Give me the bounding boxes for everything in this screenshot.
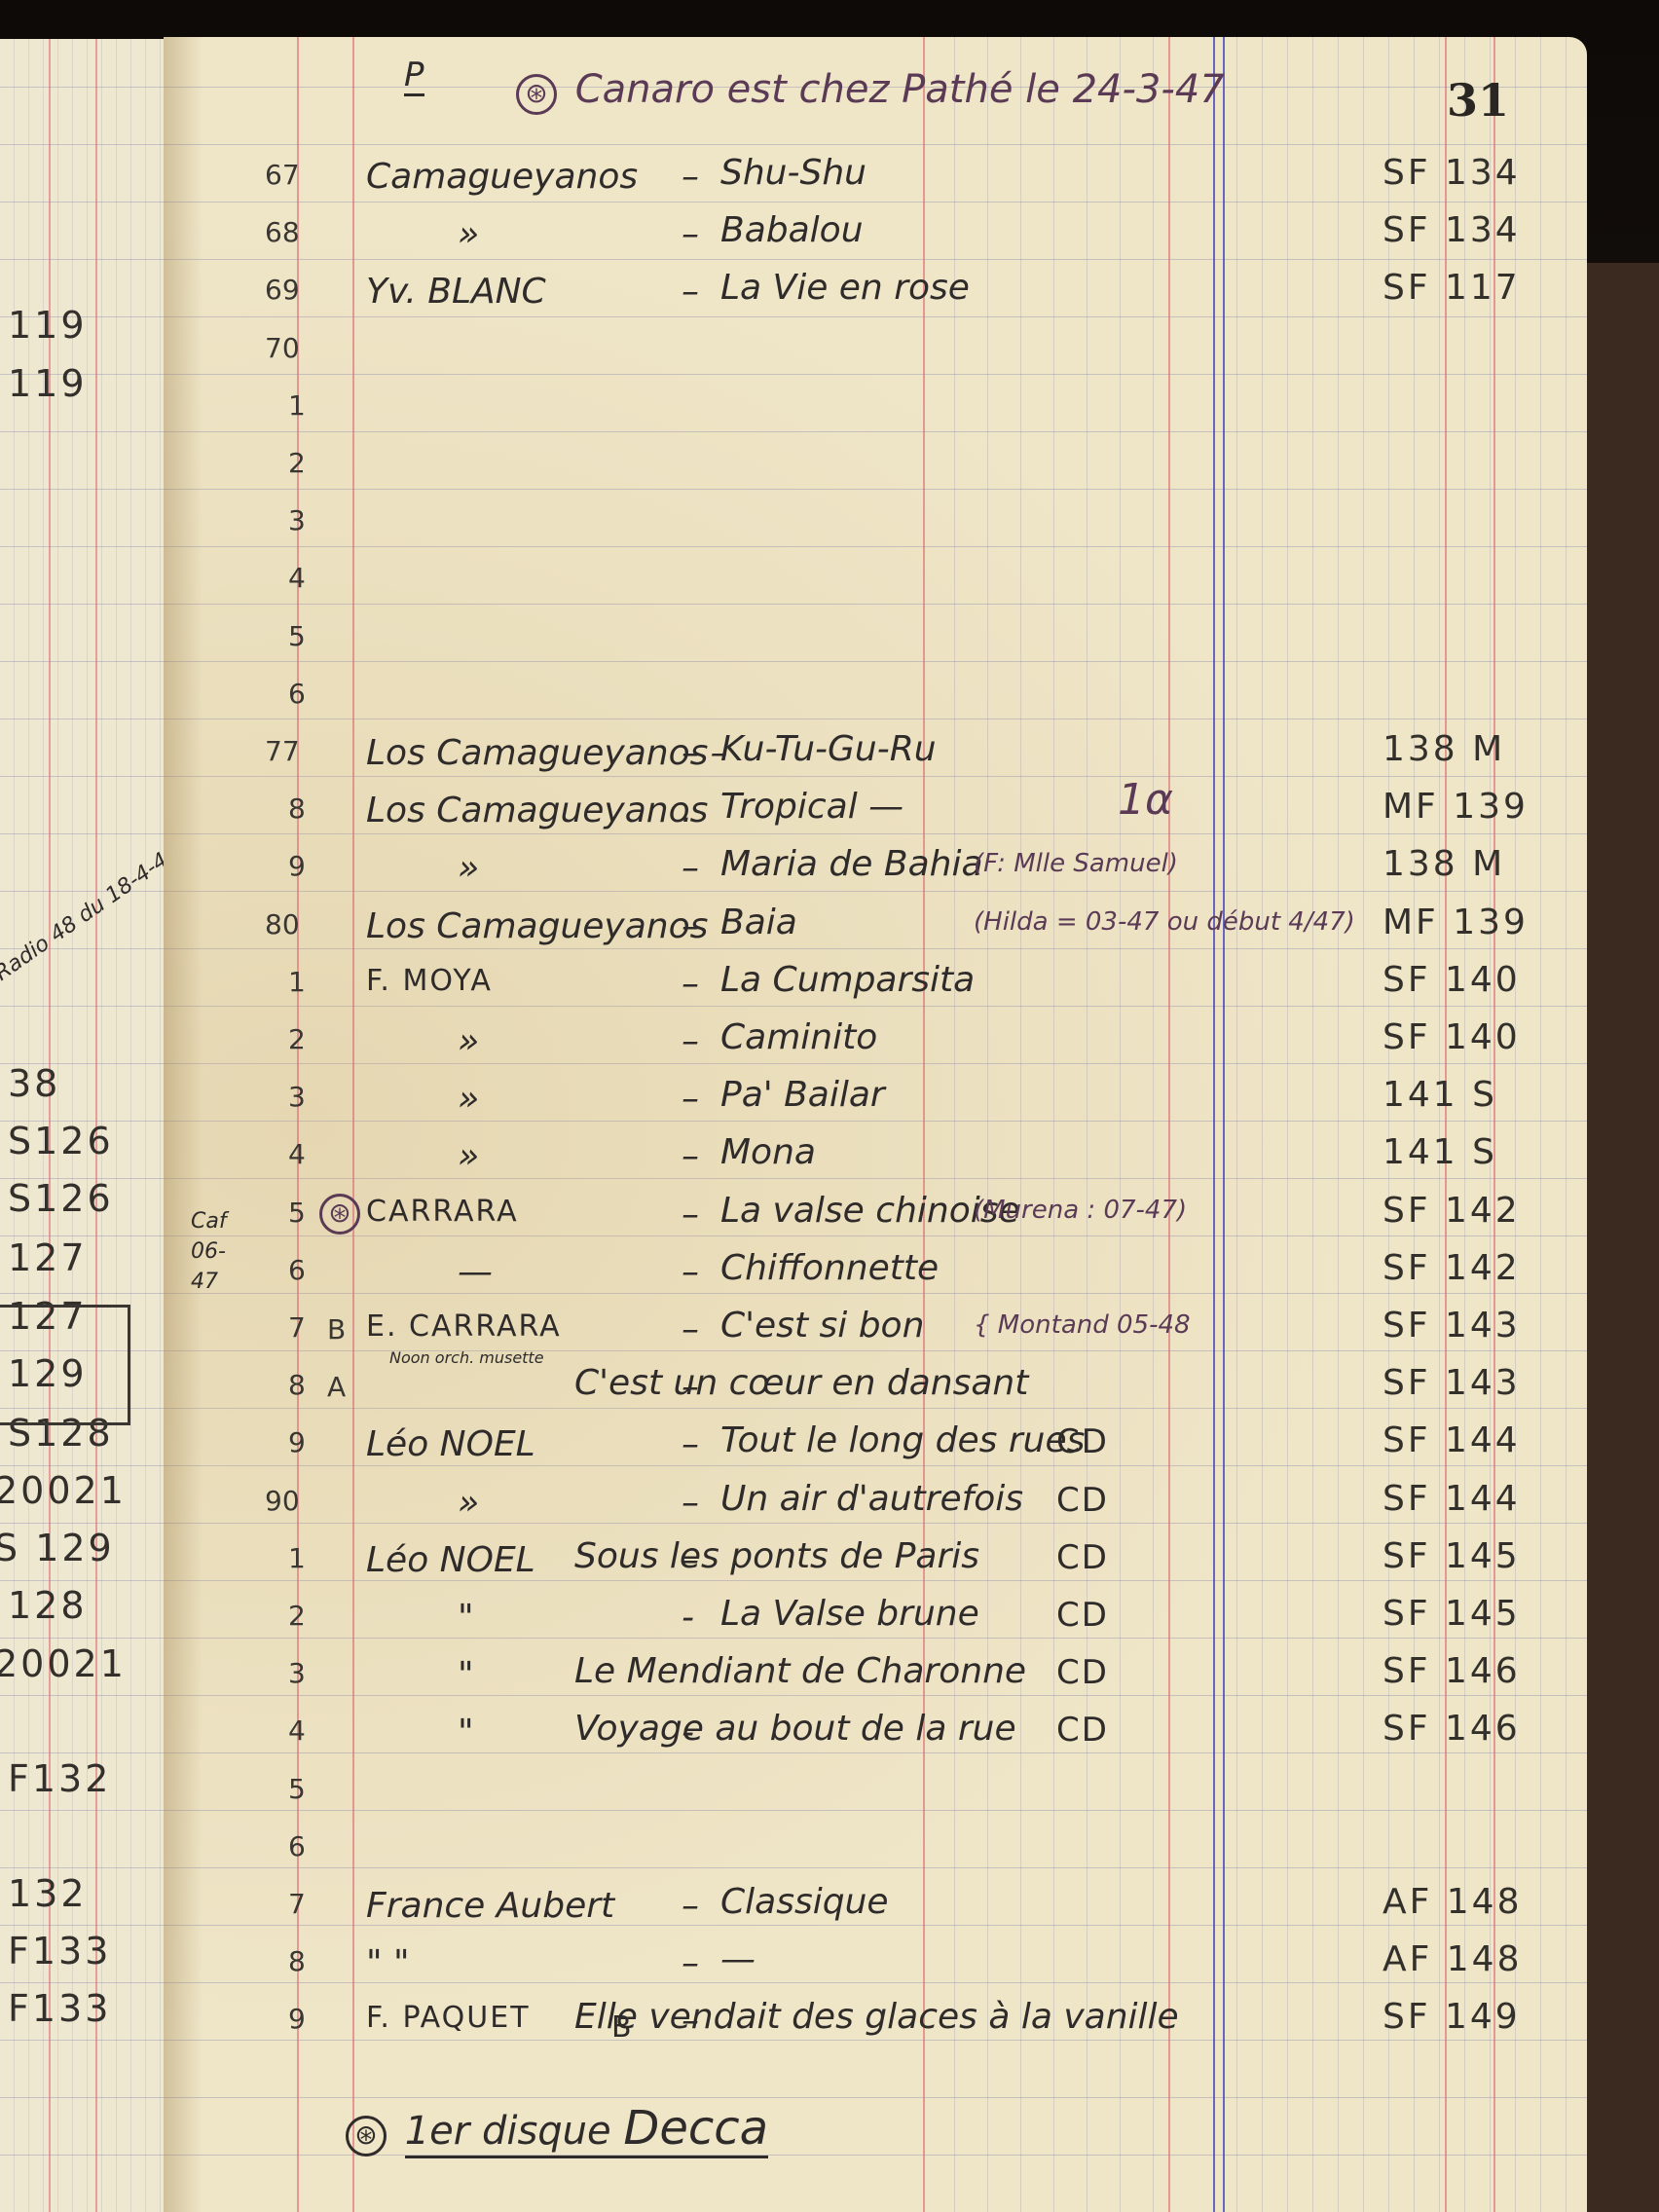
footer-brand: Decca (623, 2101, 768, 2156)
artist-name: " (458, 1601, 474, 1636)
catalog-ref: 141 S (1382, 1078, 1497, 1113)
row-number: 3 (288, 1084, 306, 1111)
separator: – (682, 851, 699, 886)
artist-name: » (458, 851, 479, 886)
catalog-ref: MF 139 (1382, 790, 1529, 825)
separator: – (682, 967, 699, 1002)
grid-line (1566, 37, 1567, 2212)
book-cover-edge (1587, 263, 1659, 2212)
footer-note: ⊛ 1er disque Decca (346, 2105, 768, 2157)
separator: – (682, 1139, 699, 1174)
song-title: La Cumparsita (720, 963, 975, 998)
separator: – (682, 160, 699, 195)
margin-line (352, 37, 354, 2212)
page-number: 31 (1447, 74, 1509, 127)
catalog-ref: SF 143 (1382, 1366, 1521, 1401)
row-number: 3 (288, 1660, 306, 1687)
left-catalog-ref: 128 (8, 1587, 88, 1624)
artist-name: » (458, 1082, 479, 1117)
row-number: 77 (265, 738, 300, 765)
left-ref-box (0, 1305, 130, 1425)
side-label: A (327, 1374, 346, 1401)
row-number: 67 (265, 162, 300, 189)
catalog-ref: 141 S (1382, 1135, 1497, 1170)
left-catalog-ref: 119 (8, 307, 88, 344)
separator: – (682, 1312, 699, 1347)
separator: – (682, 1082, 699, 1117)
song-title: La Vie en rose (720, 271, 970, 306)
artist-name: " (458, 1715, 474, 1751)
row-number: 4 (288, 1717, 306, 1745)
row-number: 2 (288, 1603, 306, 1630)
row-number: 1 (288, 969, 306, 996)
artist-name: F. MOYA (366, 967, 493, 996)
margin-note-radio: Radio 48 du 18-4-48 (0, 842, 183, 985)
row-number: 5 (288, 623, 306, 650)
footer-note-text: 1er disque Decca (405, 2109, 768, 2158)
side-label: B (327, 1316, 346, 1344)
song-title: Un air d'autrefois (720, 1482, 1023, 1517)
separator: – (682, 1024, 699, 1059)
song-title: Sous les ponts de Paris (574, 1539, 979, 1574)
catalog-ref: SF 142 (1382, 1194, 1521, 1229)
artist-name: E. CARRARA (366, 1312, 562, 1342)
format-tag: CD (1056, 1541, 1109, 1574)
artist-name: Los Camagueyanos (366, 793, 708, 829)
separator: – (682, 1255, 699, 1290)
artist-name: » (458, 1139, 479, 1174)
row-number: 8 (288, 1372, 306, 1399)
row-number: 7 (288, 1891, 306, 1918)
row-number: 8 (288, 795, 306, 823)
left-catalog-ref: 119 (8, 365, 88, 402)
artist-name: Los Camagueyanos (366, 909, 708, 944)
song-title: Shu-Shu (720, 156, 866, 191)
row-number: 90 (265, 1488, 300, 1515)
left-catalog-ref: 132 (8, 1875, 88, 1912)
margin-note-caf: Caf 06-47 (191, 1207, 249, 1297)
catalog-ref: SF 145 (1382, 1539, 1521, 1574)
grid-line (1120, 37, 1121, 2212)
header-note-text: Canaro est chez Pathé le 24-3-47 (575, 67, 1225, 112)
artist-name: " " (366, 1946, 410, 1981)
header-note: ⊛ Canaro est chez Pathé le 24-3-47 (516, 70, 1225, 115)
song-title: Caminito (720, 1020, 877, 1055)
page-gutter (164, 37, 203, 2212)
song-title: Classique (720, 1885, 889, 1920)
star-circle-icon: ⊛ (346, 2116, 387, 2157)
row-number: 2 (288, 450, 306, 477)
separator: – (682, 1946, 699, 1981)
song-title: Le Mendiant de Charonne (574, 1654, 1026, 1689)
song-title: Pa' Bailar (720, 1078, 885, 1113)
row-number: 3 (288, 507, 306, 535)
song-title: — (720, 1942, 756, 1977)
artist-subnote: Noon orch. musette (389, 1350, 544, 1366)
row-number: 4 (288, 565, 306, 592)
left-catalog-ref: 127 (8, 1239, 88, 1276)
artist-name: France Aubert (366, 1889, 614, 1924)
left-catalog-ref: 38 (8, 1065, 60, 1102)
catalog-ref: SF 140 (1382, 1020, 1521, 1055)
artist-name: " (458, 1658, 474, 1693)
catalog-ref: SF 140 (1382, 963, 1521, 998)
footer-prefix: 1er disque (405, 2109, 611, 2154)
catalog-ref: SF 117 (1382, 271, 1521, 306)
row-number: 70 (265, 335, 300, 362)
row-number: 9 (288, 1429, 306, 1456)
catalog-ref: SF 134 (1382, 213, 1521, 248)
artist-name: Camagueyanos (366, 160, 638, 195)
grid-line (1153, 37, 1154, 2212)
song-title: Mona (720, 1135, 816, 1170)
song-title: Maria de Bahia (720, 847, 983, 882)
row-number: 8 (288, 1948, 306, 1975)
row-number: 1 (288, 392, 306, 420)
star-circle-icon: ⊛ (319, 1194, 360, 1235)
catalog-ref: SF 134 (1382, 156, 1521, 191)
left-catalog-ref: 20021 (0, 1472, 127, 1509)
song-note: (Murena : 07-47) (974, 1198, 1187, 1223)
left-catalog-ref: F132 (8, 1760, 111, 1797)
format-tag: CD (1056, 1484, 1109, 1517)
catalog-ref: SF 144 (1382, 1482, 1521, 1517)
column-line (923, 37, 925, 2212)
grid-line (987, 37, 988, 2212)
row-number: 7 (288, 1314, 306, 1342)
row-number: 9 (288, 853, 306, 880)
catalog-ref: 138 M (1382, 732, 1505, 767)
song-note: (F: Mlle Samuel) (974, 851, 1178, 876)
grid-line (1087, 37, 1088, 2212)
artist-name: » (458, 1024, 479, 1059)
song-note: { Montand 05-48 (974, 1312, 1191, 1338)
song-title: Chiffonnette (720, 1251, 939, 1286)
header-letter: P (404, 58, 424, 96)
catalog-ref: AF 148 (1382, 1885, 1523, 1920)
left-catalog-ref: 20021 (0, 1645, 127, 1682)
row-number: 4 (288, 1141, 306, 1168)
song-title: C'est si bon (720, 1309, 924, 1344)
margin-note-alpha: 1α (1118, 779, 1173, 822)
separator: – (682, 1486, 699, 1521)
row-number: 5 (288, 1776, 306, 1803)
catalog-ref: SF 143 (1382, 1309, 1521, 1344)
song-title: Ku-Tu-Gu-Ru (720, 732, 937, 767)
artist-name: Los Camagueyanos (366, 736, 708, 771)
row-number: 80 (265, 911, 300, 939)
grid-line (1236, 37, 1237, 2212)
grid-line (1287, 37, 1288, 2212)
catalog-ref: SF 146 (1382, 1712, 1521, 1747)
separator: – (682, 275, 699, 310)
artist-name: Léo NOEL (366, 1427, 535, 1462)
song-title: Voyage au bout de la rue (574, 1712, 1016, 1747)
artist-name: F. PAQUET (366, 2004, 531, 2033)
song-title: Tout le long des rues (720, 1423, 1085, 1458)
format-tag: CD (1056, 1425, 1109, 1458)
song-title: Elle vendait des glaces à la vanille (574, 2000, 1179, 2035)
separator: – (682, 1889, 699, 1924)
format-tag: CD (1056, 1714, 1109, 1747)
left-catalog-ref: S126 (8, 1180, 114, 1217)
row-number: 9 (288, 2006, 306, 2033)
left-catalog-ref: S 129 (0, 1530, 115, 1567)
separator: . (682, 793, 692, 829)
left-catalog-ref: F133 (8, 1990, 111, 2027)
catalog-ref: SF 144 (1382, 1423, 1521, 1458)
song-title: Tropical — (720, 790, 903, 825)
artist-name: Yv. BLANC (366, 275, 546, 310)
column-line (1168, 37, 1170, 2212)
format-tag: CD (1056, 1656, 1109, 1689)
grid-line (1338, 37, 1339, 2212)
separator: - (682, 1601, 694, 1636)
catalog-ref: SF 142 (1382, 1251, 1521, 1286)
artist-name: » (458, 1486, 479, 1521)
catalog-ref: SF 145 (1382, 1597, 1521, 1632)
format-tag: CD (1056, 1599, 1109, 1632)
grid-line (1312, 37, 1313, 2212)
artist-name: Léo NOEL (366, 1543, 535, 1578)
catalog-ref: AF 148 (1382, 1942, 1523, 1977)
star-circle-icon: ⊛ (516, 74, 557, 115)
song-title: La Valse brune (720, 1597, 979, 1632)
row-number: 69 (265, 276, 300, 304)
song-note: (Hilda = 03-47 ou début 4/47) (974, 909, 1355, 935)
separator: – (682, 1198, 699, 1233)
row-number: 6 (288, 681, 306, 708)
artist-name: » (458, 217, 479, 252)
left-catalog-ref: F133 (8, 1933, 111, 1970)
separator: – (682, 909, 699, 944)
left-catalog-ref: S126 (8, 1123, 114, 1160)
artist-name: — (458, 1255, 493, 1290)
grid-line (1262, 37, 1263, 2212)
artist-name: CARRARA (366, 1198, 519, 1227)
catalog-ref: SF 149 (1382, 2000, 1521, 2035)
row-number: 6 (288, 1833, 306, 1861)
song-title: C'est un cœur en dansant (574, 1366, 1028, 1401)
song-title: Baia (720, 905, 797, 940)
song-title: Babalou (720, 213, 864, 248)
grid-line (1053, 37, 1054, 2212)
left-page: 11911938S126S126127127129S12820021S 1291… (0, 39, 166, 2212)
grid-line (1363, 37, 1364, 2212)
catalog-ref: 138 M (1382, 847, 1505, 882)
row-number: 2 (288, 1026, 306, 1053)
row-number: 1 (288, 1545, 306, 1572)
grid-line (954, 37, 955, 2212)
separator: – (682, 1427, 699, 1462)
row-number: 6 (288, 1257, 306, 1284)
separator: – (682, 217, 699, 252)
catalog-ref: MF 139 (1382, 905, 1529, 940)
catalog-ref: SF 146 (1382, 1654, 1521, 1689)
row-number: 5 (288, 1199, 306, 1227)
double-blue-line (1223, 37, 1225, 2212)
row-number: 68 (265, 219, 300, 246)
grid-line (1020, 37, 1021, 2212)
double-blue-line (1213, 37, 1215, 2212)
grid-line (1540, 37, 1541, 2212)
